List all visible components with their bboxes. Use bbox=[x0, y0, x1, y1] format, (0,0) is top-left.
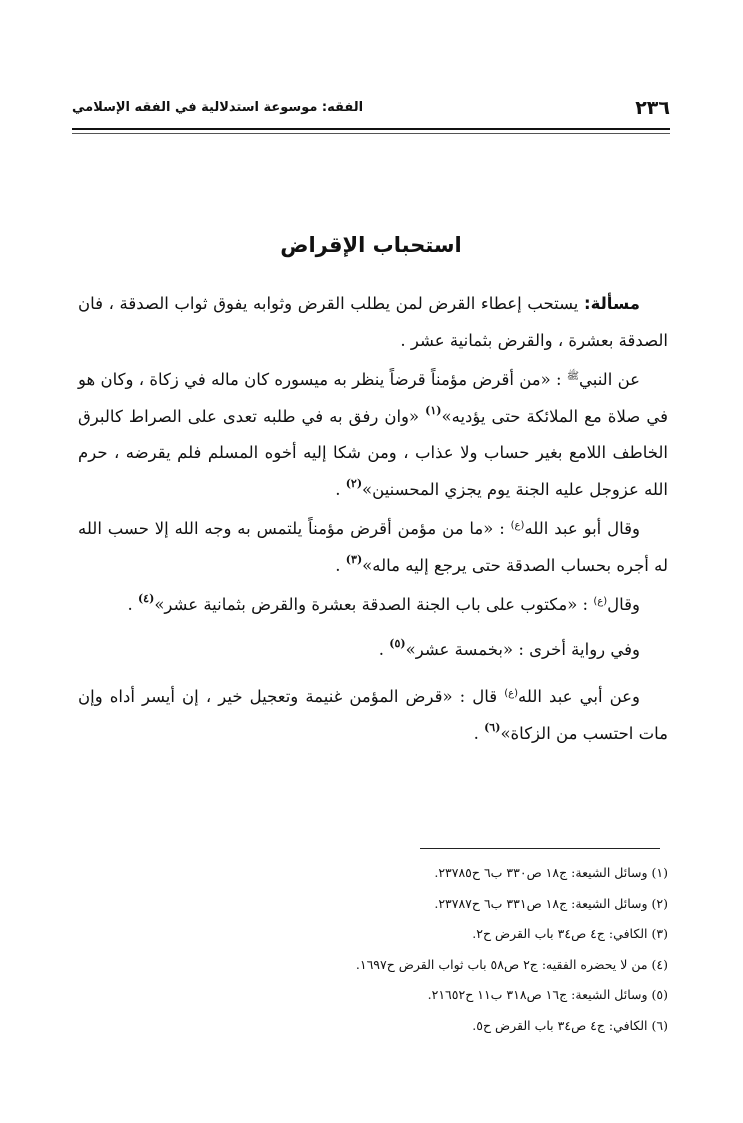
lead-term: مسألة: bbox=[584, 294, 640, 313]
footnote-2: (٢) وسائل الشيعة: ج١٨ ص٣٣١ ب٦ ح٢٣٧٨٧. bbox=[80, 889, 668, 920]
footnote-divider bbox=[420, 848, 660, 849]
running-title: الفقه: موسوعة استدلالية في الفقه الإسلام… bbox=[72, 98, 363, 118]
honorific-glyph: (ع) bbox=[511, 520, 525, 531]
paragraph-masala: مسألة: يستحب إعطاء القرض لمن يطلب القرض … bbox=[78, 286, 668, 359]
paragraph-other-narration: وفي رواية أخرى : «بخمسة عشر»(٥) . bbox=[78, 632, 668, 669]
paragraph-text: وعن أبي عبد الله bbox=[518, 687, 640, 706]
paragraph-hadith-prophet: عن النبيﷺ : «من أقرض مؤمناً قرضاً ينظر ب… bbox=[78, 359, 668, 508]
paragraph-text: . bbox=[335, 556, 346, 575]
paragraph-text: . bbox=[474, 724, 485, 743]
footnote-ref-5[interactable]: (٥) bbox=[389, 637, 405, 650]
footnote-ref-6[interactable]: (٦) bbox=[484, 721, 500, 734]
honorific-glyph: (ع) bbox=[504, 688, 518, 699]
footnote-5: (٥) وسائل الشيعة: ج١٦ ص٣١٨ ب١١ ح٢١٦٥٢. bbox=[80, 980, 668, 1011]
paragraph-text: عن النبي bbox=[579, 370, 640, 389]
page-header: ٢٣٦ الفقه: موسوعة استدلالية في الفقه الإ… bbox=[72, 96, 670, 126]
paragraph-hadith-abu-abdillah: وقال أبو عبد الله(ع) : «ما من مؤمن أقرض … bbox=[78, 508, 668, 584]
header-rule bbox=[72, 128, 670, 130]
honorific-glyph: (ع) bbox=[593, 596, 607, 607]
paragraph-text: . bbox=[379, 640, 390, 659]
honorific-glyph: ﷺ bbox=[567, 371, 579, 382]
header-rule-thin bbox=[72, 133, 670, 134]
paragraph-hadith-ghanima: وعن أبي عبد الله(ع) قال : «قرض المؤمن غن… bbox=[78, 676, 668, 752]
footnote-4: (٤) من لا يحضره الفقيه: ج٢ ص٥٨ باب ثواب … bbox=[80, 950, 668, 981]
paragraph-text: : «مكتوب على باب الجنة الصدقة بعشرة والق… bbox=[154, 595, 593, 614]
footnote-6: (٦) الكافي: ج٤ ص٣٤ باب القرض ح٥. bbox=[80, 1011, 668, 1042]
section-title: استحباب الإقراض bbox=[72, 228, 670, 262]
footnote-ref-3[interactable]: (٣) bbox=[346, 553, 362, 566]
footnote-ref-1[interactable]: (١) bbox=[425, 404, 441, 417]
footnotes: (١) وسائل الشيعة: ج١٨ ص٣٣٠ ب٦ ح٢٣٧٨٥. (٢… bbox=[80, 858, 668, 1041]
body-text: مسألة: يستحب إعطاء القرض لمن يطلب القرض … bbox=[78, 286, 668, 752]
footnote-ref-2[interactable]: (٢) bbox=[346, 477, 362, 490]
paragraph-text: وقال bbox=[607, 595, 640, 614]
paragraph-text: يستحب إعطاء القرض لمن يطلب القرض وثوابه … bbox=[78, 294, 668, 350]
footnote-ref-4[interactable]: (٤) bbox=[138, 592, 154, 605]
paragraph-hadith-gate: وقال(ع) : «مكتوب على باب الجنة الصدقة بع… bbox=[78, 584, 668, 624]
footnote-3: (٣) الكافي: ج٤ ص٣٤ باب القرض ح٢. bbox=[80, 919, 668, 950]
paragraph-text: وقال أبو عبد الله bbox=[524, 519, 640, 538]
paragraph-text: . bbox=[335, 480, 346, 499]
paragraph-text: وفي رواية أخرى : «بخمسة عشر» bbox=[406, 640, 640, 659]
footnote-1: (١) وسائل الشيعة: ج١٨ ص٣٣٠ ب٦ ح٢٣٧٨٥. bbox=[80, 858, 668, 889]
paragraph-text: . bbox=[127, 595, 138, 614]
page-number: ٢٣٦ bbox=[635, 96, 670, 120]
